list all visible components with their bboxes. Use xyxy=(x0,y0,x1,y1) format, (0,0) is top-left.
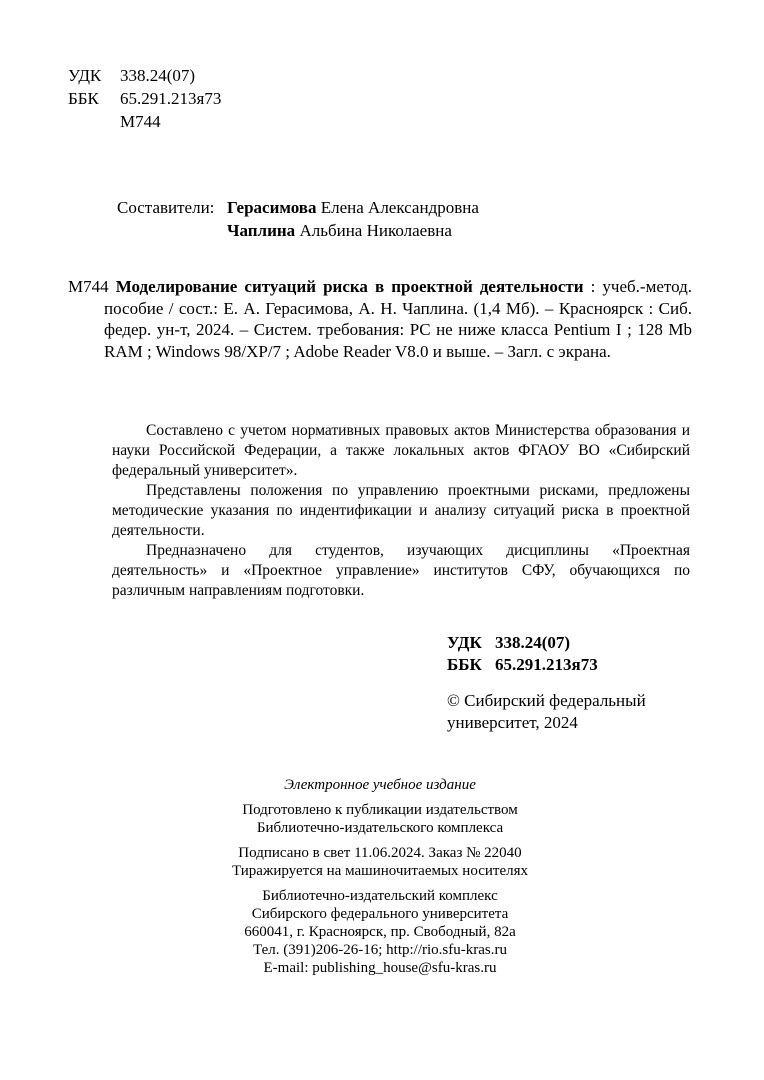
publisher-line: 660041, г. Красноярск, пр. Свободный, 82… xyxy=(68,923,692,941)
publisher-address-lines: Библиотечно-издательский комплекс Сибирс… xyxy=(68,887,692,977)
compiler-given-name: Альбина Николаевна xyxy=(299,221,451,240)
imprint-block: Электронное учебное издание Подготовлено… xyxy=(68,776,692,984)
bibliographic-entry-text: М744 Моделирование ситуаций риска в прое… xyxy=(68,276,692,362)
footer-udk-row: УДК338.24(07) xyxy=(447,632,646,654)
compiler-name: Герасимова Елена Александровна xyxy=(227,198,479,217)
bbk-value: 65.291.213я73 xyxy=(120,89,221,108)
compiler-given-name: Елена Александровна xyxy=(321,198,479,217)
order-line: Тиражируется на машиночитаемых носителях xyxy=(68,862,692,880)
udk-value: 338.24(07) xyxy=(120,66,195,85)
footer-udk-value: 338.24(07) xyxy=(495,633,570,652)
compiler-row: Чаплина Альбина Николаевна xyxy=(117,219,479,242)
compiler-surname: Чаплина xyxy=(227,221,295,240)
compiler-name: Чаплина Альбина Николаевна xyxy=(227,221,452,240)
compilers-label: Составители: xyxy=(117,196,227,219)
order-line: Подписано в свет 11.06.2024. Заказ № 220… xyxy=(68,844,692,862)
edition-type: Электронное учебное издание xyxy=(68,776,692,794)
copyright-line: университет, 2024 xyxy=(447,712,646,734)
publisher-line: Тел. (391)206-26-16; http://rio.sfu-kras… xyxy=(68,941,692,959)
prepared-line: Подготовлено к публикации издательством xyxy=(68,801,692,819)
publisher-line: Библиотечно-издательский комплекс xyxy=(68,887,692,905)
bibliographic-entry: М744 Моделирование ситуаций риска в прое… xyxy=(68,276,692,362)
header-codes-block: УДК338.24(07) ББК65.291.213я73 М744 xyxy=(68,64,221,133)
udk-code-row: УДК338.24(07) xyxy=(68,64,221,87)
annotation-paragraph: Представлены положения по управлению про… xyxy=(112,481,690,541)
udk-label: УДК xyxy=(68,64,120,87)
footer-bbk-value: 65.291.213я73 xyxy=(495,655,598,674)
annotation-paragraph: Составлено с учетом нормативных правовых… xyxy=(112,421,690,481)
book-code: М744 xyxy=(68,110,221,133)
compiler-row: Составители:Герасимова Елена Александров… xyxy=(117,196,479,219)
compiler-surname: Герасимова xyxy=(227,198,316,217)
publisher-line: Сибирского федерального университета xyxy=(68,905,692,923)
imprint-page: УДК338.24(07) ББК65.291.213я73 М744 Сост… xyxy=(0,0,764,1080)
footer-bbk-row: ББК65.291.213я73 xyxy=(447,654,646,676)
publisher-line: E-mail: publishing_house@sfu-kras.ru xyxy=(68,959,692,977)
bib-code: М744 xyxy=(68,277,109,296)
bbk-label: ББК xyxy=(68,87,120,110)
copyright-notice: © Сибирский федеральный университет, 202… xyxy=(447,690,646,734)
compilers-block: Составители:Герасимова Елена Александров… xyxy=(117,196,479,242)
footer-udk-label: УДК xyxy=(447,632,495,654)
annotation-block: Составлено с учетом нормативных правовых… xyxy=(112,421,690,601)
copyright-line: © Сибирский федеральный xyxy=(447,690,646,712)
print-order-lines: Подписано в свет 11.06.2024. Заказ № 220… xyxy=(68,844,692,880)
prepared-by-lines: Подготовлено к публикации издательством … xyxy=(68,801,692,837)
bbk-code-row: ББК65.291.213я73 xyxy=(68,87,221,110)
bib-title: Моделирование ситуаций риска в проектной… xyxy=(116,277,584,296)
footer-bbk-label: ББК xyxy=(447,654,495,676)
prepared-line: Библиотечно-издательского комплекса xyxy=(68,819,692,837)
annotation-paragraph: Предназначено для студентов, изучающих д… xyxy=(112,541,690,601)
footer-codes-block: УДК338.24(07) ББК65.291.213я73 © Сибирск… xyxy=(447,632,646,734)
